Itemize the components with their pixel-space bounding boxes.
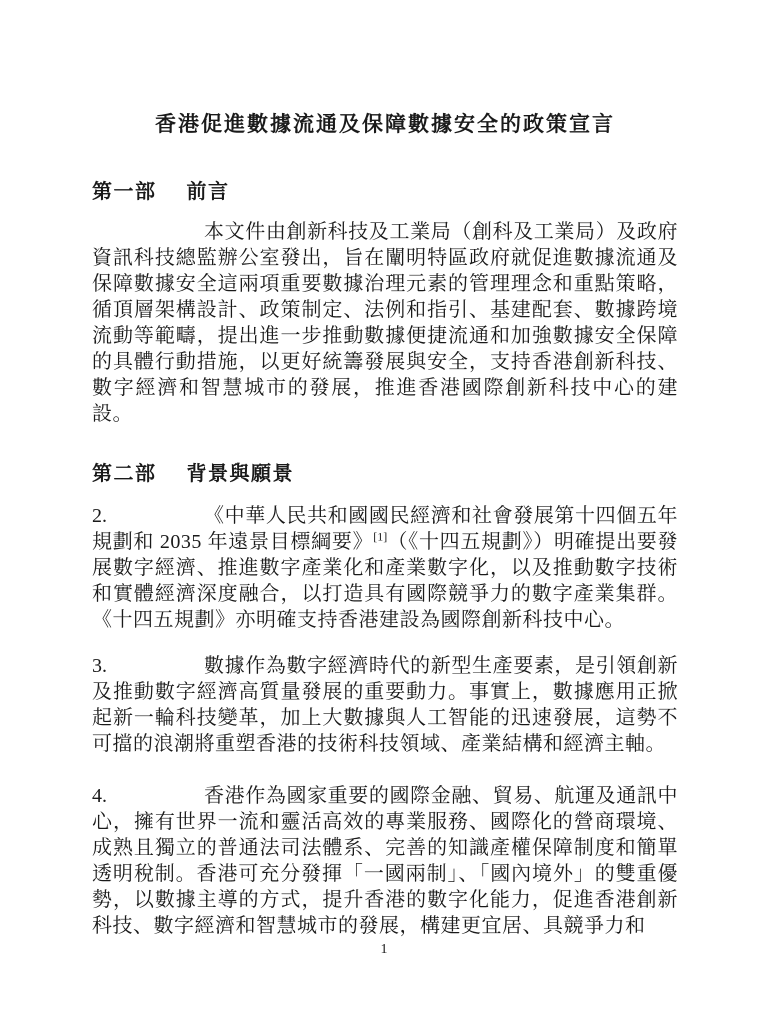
footnote-reference-1: [1] bbox=[373, 529, 387, 543]
paragraph-4: 4.香港作為國家重要的國際金融、貿易、航運及通訊中心，擁有世界一流和靈活高效的專… bbox=[92, 783, 678, 939]
document-page: 香港促進數據流通及保障數據安全的政策宣言 第一部前言 本文件由創新科技及工業局（… bbox=[0, 0, 768, 1024]
paragraph-1-text: 本文件由創新科技及工業局（創科及工業局）及政府資訊科技總監辦公室發出，旨在闡明特… bbox=[92, 221, 678, 425]
paragraph-3-number: 3. bbox=[92, 653, 107, 679]
paragraph-3: 3.數據作為數字經濟時代的新型生產要素，是引領創新及推動數字經濟高質量發展的重要… bbox=[92, 653, 678, 757]
paragraph-4-number: 4. bbox=[92, 783, 107, 809]
section-1-heading: 第一部前言 bbox=[92, 179, 678, 205]
document-title: 香港促進數據流通及保障數據安全的政策宣言 bbox=[92, 0, 678, 139]
paragraph-2: 2.《中華人民共和國國民經濟和社會發展第十四個五年規劃和 2035 年遠景目標綱… bbox=[92, 503, 678, 633]
section-2-number: 第二部 bbox=[92, 463, 157, 485]
document-content: 香港促進數據流通及保障數據安全的政策宣言 第一部前言 本文件由創新科技及工業局（… bbox=[92, 0, 678, 939]
section-2-title: 背景與願景 bbox=[187, 463, 295, 485]
paragraph-1: 本文件由創新科技及工業局（創科及工業局）及政府資訊科技總監辦公室發出，旨在闡明特… bbox=[92, 219, 678, 427]
paragraph-2-number: 2. bbox=[92, 503, 107, 529]
section-2-heading: 第二部背景與願景 bbox=[92, 461, 678, 487]
section-1-title: 前言 bbox=[187, 181, 230, 203]
page-number: 1 bbox=[0, 941, 768, 959]
paragraph-4-text: 香港作為國家重要的國際金融、貿易、航運及通訊中心，擁有世界一流和靈活高效的專業服… bbox=[92, 785, 678, 937]
paragraph-3-text: 數據作為數字經濟時代的新型生產要素，是引領創新及推動數字經濟高質量發展的重要動力… bbox=[92, 655, 678, 755]
section-1-number: 第一部 bbox=[92, 181, 157, 203]
